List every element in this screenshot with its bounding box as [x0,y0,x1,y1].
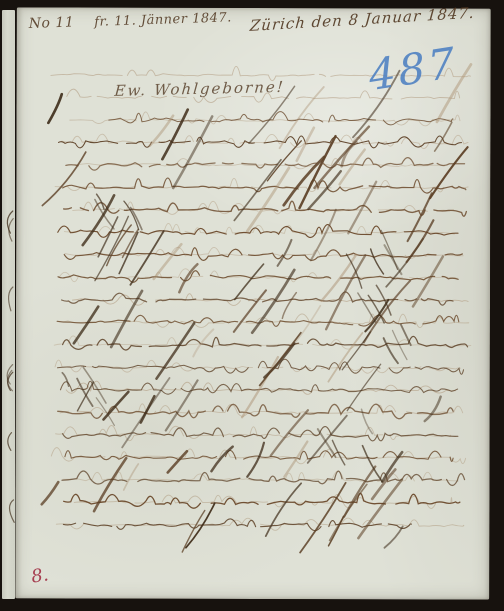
adjacent-page-edge [2,10,15,599]
doc-number: No 11 [29,14,75,31]
adjacent-page-ink-fragments [2,10,15,599]
letter-page: No 11fr. 11. Jänner 1847. Zürich den 8 J… [15,7,491,599]
page-number: 8. [30,564,50,587]
scanned-letter: No 11fr. 11. Jänner 1847. Zürich den 8 J… [0,0,504,611]
